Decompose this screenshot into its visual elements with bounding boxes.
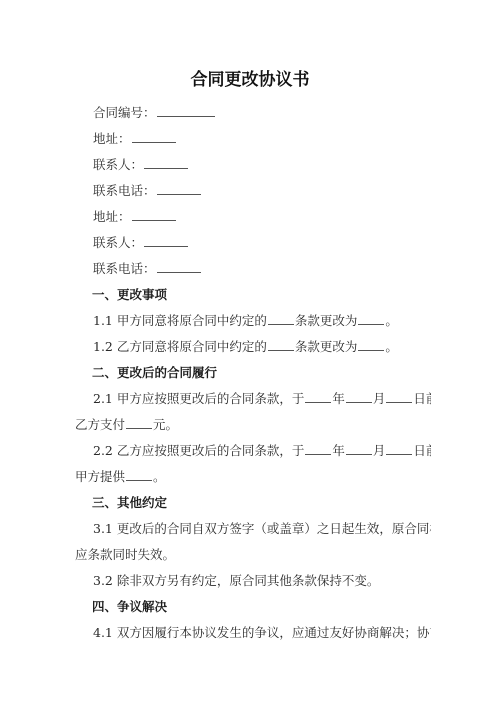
- clause-1-1: 1.1 甲方同意将原合同中约定的条款更改为。: [75, 308, 431, 334]
- field-label: 地址：: [93, 131, 131, 146]
- clause-2-1-line-2: 乙方支付元。: [75, 412, 431, 438]
- blank-line: [305, 440, 331, 455]
- clause-text: 元。: [153, 417, 178, 432]
- blank-line: [386, 440, 412, 455]
- clause-text: 条款更改为: [295, 339, 358, 354]
- clause-2-2-line-1: 2.2 乙方应按照更改后的合同条款，于年月日前向: [75, 438, 431, 464]
- clause-text: 2.2 乙方应按照更改后的合同条款，于: [93, 443, 304, 458]
- blank-line: [346, 440, 372, 455]
- blank-line: [268, 310, 294, 325]
- blank-line: [268, 336, 294, 351]
- field-address-2: 地址：: [75, 204, 431, 230]
- field-label: 联系电话：: [93, 261, 156, 276]
- field-label: 合同编号：: [93, 105, 156, 120]
- field-phone-1: 联系电话：: [75, 178, 431, 204]
- blank-line: [157, 258, 201, 273]
- clause-text: 1.2 乙方同意将原合同中约定的: [93, 339, 267, 354]
- section-heading-1: 一、更改事项: [75, 282, 431, 308]
- blank-line: [358, 310, 384, 325]
- clause-text: 条款更改为: [295, 313, 358, 328]
- clause-3-2: 3.2 除非双方另有约定，原合同其他条款保持不变。: [75, 568, 431, 594]
- blank-line: [305, 388, 331, 403]
- clause-text: 日前向: [413, 443, 431, 458]
- blank-line: [132, 206, 176, 221]
- field-contract-number: 合同编号：: [75, 100, 431, 126]
- clause-4-1-line-1: 4.1 双方因履行本协议发生的争议，应通过友好协商解决；协商: [75, 620, 431, 646]
- blank-line: [126, 466, 152, 481]
- clause-text: 2.1 甲方应按照更改后的合同条款，于: [93, 391, 304, 406]
- clause-text: 月: [373, 443, 386, 458]
- blank-line: [157, 102, 215, 117]
- document-page: 合同更改协议书 合同编号： 地址： 联系人： 联系电话： 地址： 联系人： 联系…: [0, 0, 500, 707]
- clause-text: 。: [385, 313, 398, 328]
- blank-line: [346, 388, 372, 403]
- clause-text: 1.1 甲方同意将原合同中约定的: [93, 313, 267, 328]
- clause-2-1-line-1: 2.1 甲方应按照更改后的合同条款，于年月日前向: [75, 386, 431, 412]
- field-address-1: 地址：: [75, 126, 431, 152]
- clause-text: 。: [153, 469, 166, 484]
- section-heading-3: 三、其他约定: [75, 490, 431, 516]
- clause-2-2-line-2: 甲方提供。: [75, 464, 431, 490]
- clause-text: 日前向: [413, 391, 431, 406]
- field-contact-2: 联系人：: [75, 230, 431, 256]
- field-phone-2: 联系电话：: [75, 256, 431, 282]
- clause-text: 乙方支付: [75, 417, 125, 432]
- section-heading-4: 四、争议解决: [75, 594, 431, 620]
- clause-text: 年: [332, 443, 345, 458]
- field-contact-1: 联系人：: [75, 152, 431, 178]
- document-body: 合同编号： 地址： 联系人： 联系电话： 地址： 联系人： 联系电话： 一、更改…: [75, 100, 431, 646]
- blank-line: [358, 336, 384, 351]
- clause-text: 月: [373, 391, 386, 406]
- clause-text: 甲方提供: [75, 469, 125, 484]
- blank-line: [126, 414, 152, 429]
- blank-line: [132, 128, 176, 143]
- field-label: 联系人：: [93, 235, 143, 250]
- field-label: 联系人：: [93, 157, 143, 172]
- clause-text: 。: [385, 339, 398, 354]
- field-label: 地址：: [93, 209, 131, 224]
- field-label: 联系电话：: [93, 183, 156, 198]
- blank-line: [157, 180, 201, 195]
- blank-line: [144, 154, 188, 169]
- section-heading-2: 二、更改后的合同履行: [75, 360, 431, 386]
- clause-1-2: 1.2 乙方同意将原合同中约定的条款更改为。: [75, 334, 431, 360]
- document-title: 合同更改协议书: [0, 68, 500, 92]
- blank-line: [386, 388, 412, 403]
- blank-line: [144, 232, 188, 247]
- clause-3-1-line-1: 3.1 更改后的合同自双方签字（或盖章）之日起生效，原合同相: [75, 516, 431, 542]
- clause-text: 年: [332, 391, 345, 406]
- clause-3-1-line-2: 应条款同时失效。: [75, 542, 431, 568]
